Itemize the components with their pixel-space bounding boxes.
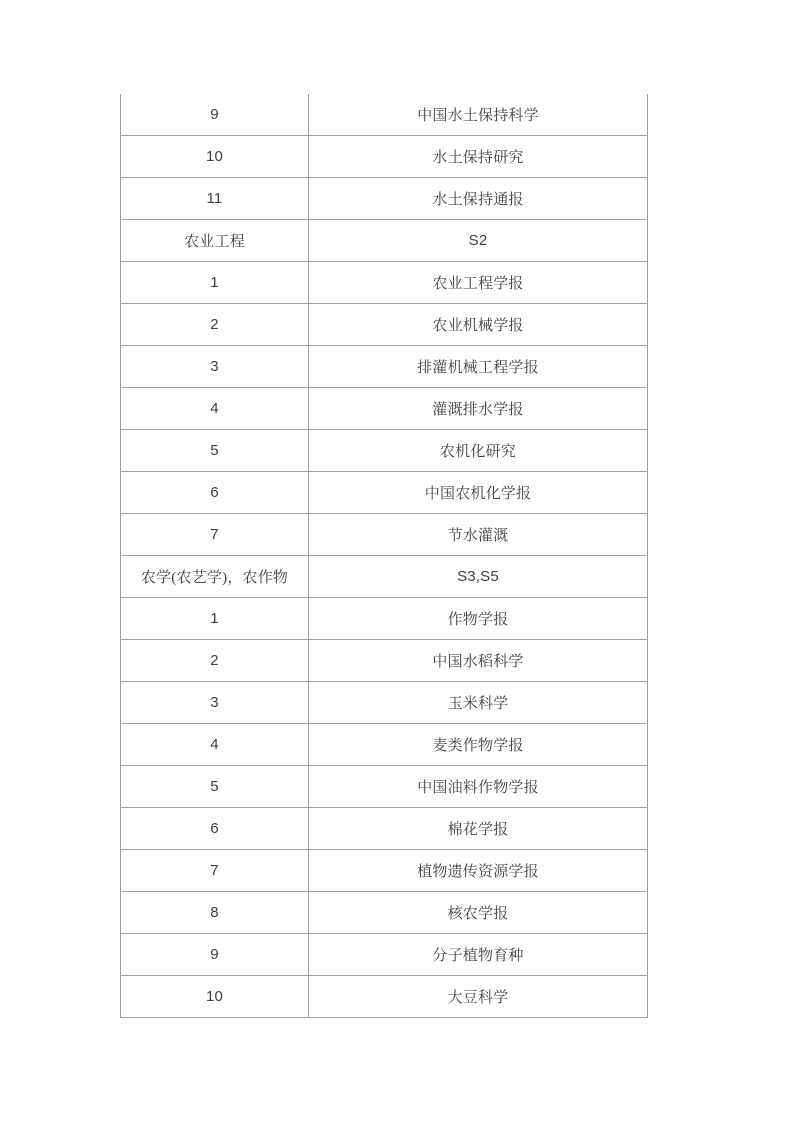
document-page: 9中国水土保持科学10水土保持研究11水土保持通报农业工程S21农业工程学报2农… [0,0,793,1122]
rank-cell: 2 [121,304,309,346]
category-name-part: 农学 [141,569,171,586]
journal-row: 6中国农机化学报 [121,472,648,514]
journal-name-cell: 棉花学报 [309,808,648,850]
category-row: 农业工程S2 [121,220,648,262]
rank-cell: 10 [121,976,309,1018]
rank-cell: 6 [121,808,309,850]
journal-row: 7植物遗传资源学报 [121,850,648,892]
category-name-part: (农艺学)，农作物 [171,570,288,586]
journal-name-cell: 农业工程学报 [309,262,648,304]
category-name-cell: 农业工程 [121,220,309,262]
journal-catalog-table: 9中国水土保持科学10水土保持研究11水土保持通报农业工程S21农业工程学报2农… [120,94,648,1018]
category-name-cell: 农学(农艺学)，农作物 [121,556,309,598]
rank-cell: 5 [121,430,309,472]
journal-row: 1作物学报 [121,598,648,640]
journal-row: 4灌溉排水学报 [121,388,648,430]
rank-cell: 3 [121,346,309,388]
class-code-cell: S3,S5 [309,556,648,598]
journal-row: 5中国油料作物学报 [121,766,648,808]
rank-cell: 4 [121,724,309,766]
journal-row: 9中国水土保持科学 [121,94,648,136]
rank-cell: 3 [121,682,309,724]
rank-cell: 8 [121,892,309,934]
journal-name-cell: 中国农机化学报 [309,472,648,514]
journal-name-cell: 大豆科学 [309,976,648,1018]
rank-cell: 9 [121,94,309,136]
rank-cell: 9 [121,934,309,976]
journal-name-cell: 作物学报 [309,598,648,640]
rank-cell: 2 [121,640,309,682]
journal-row: 3排灌机械工程学报 [121,346,648,388]
journal-name-cell: 水土保持研究 [309,136,648,178]
journal-name-cell: 农机化研究 [309,430,648,472]
journal-name-cell: 中国水稻科学 [309,640,648,682]
class-code-cell: S2 [309,220,648,262]
rank-cell: 1 [121,262,309,304]
rank-cell: 7 [121,850,309,892]
category-row: 农学(农艺学)，农作物S3,S5 [121,556,648,598]
rank-cell: 10 [121,136,309,178]
journal-table-body: 9中国水土保持科学10水土保持研究11水土保持通报农业工程S21农业工程学报2农… [121,94,648,1018]
journal-name-cell: 排灌机械工程学报 [309,346,648,388]
journal-name-cell: 核农学报 [309,892,648,934]
journal-row: 10水土保持研究 [121,136,648,178]
journal-row: 4麦类作物学报 [121,724,648,766]
journal-name-cell: 节水灌溉 [309,514,648,556]
journal-name-cell: 植物遗传资源学报 [309,850,648,892]
journal-name-cell: 中国水土保持科学 [309,94,648,136]
journal-row: 7节水灌溉 [121,514,648,556]
journal-row: 1农业工程学报 [121,262,648,304]
journal-row: 3玉米科学 [121,682,648,724]
journal-name-cell: 水土保持通报 [309,178,648,220]
journal-row: 10大豆科学 [121,976,648,1018]
journal-row: 11水土保持通报 [121,178,648,220]
journal-name-cell: 灌溉排水学报 [309,388,648,430]
journal-name-cell: 分子植物育种 [309,934,648,976]
journal-name-cell: 中国油料作物学报 [309,766,648,808]
rank-cell: 11 [121,178,309,220]
rank-cell: 1 [121,598,309,640]
journal-name-cell: 农业机械学报 [309,304,648,346]
journal-name-cell: 玉米科学 [309,682,648,724]
rank-cell: 6 [121,472,309,514]
rank-cell: 4 [121,388,309,430]
journal-row: 9分子植物育种 [121,934,648,976]
journal-name-cell: 麦类作物学报 [309,724,648,766]
journal-row: 8核农学报 [121,892,648,934]
journal-row: 2农业机械学报 [121,304,648,346]
journal-row: 5农机化研究 [121,430,648,472]
rank-cell: 5 [121,766,309,808]
journal-row: 2中国水稻科学 [121,640,648,682]
rank-cell: 7 [121,514,309,556]
journal-row: 6棉花学报 [121,808,648,850]
